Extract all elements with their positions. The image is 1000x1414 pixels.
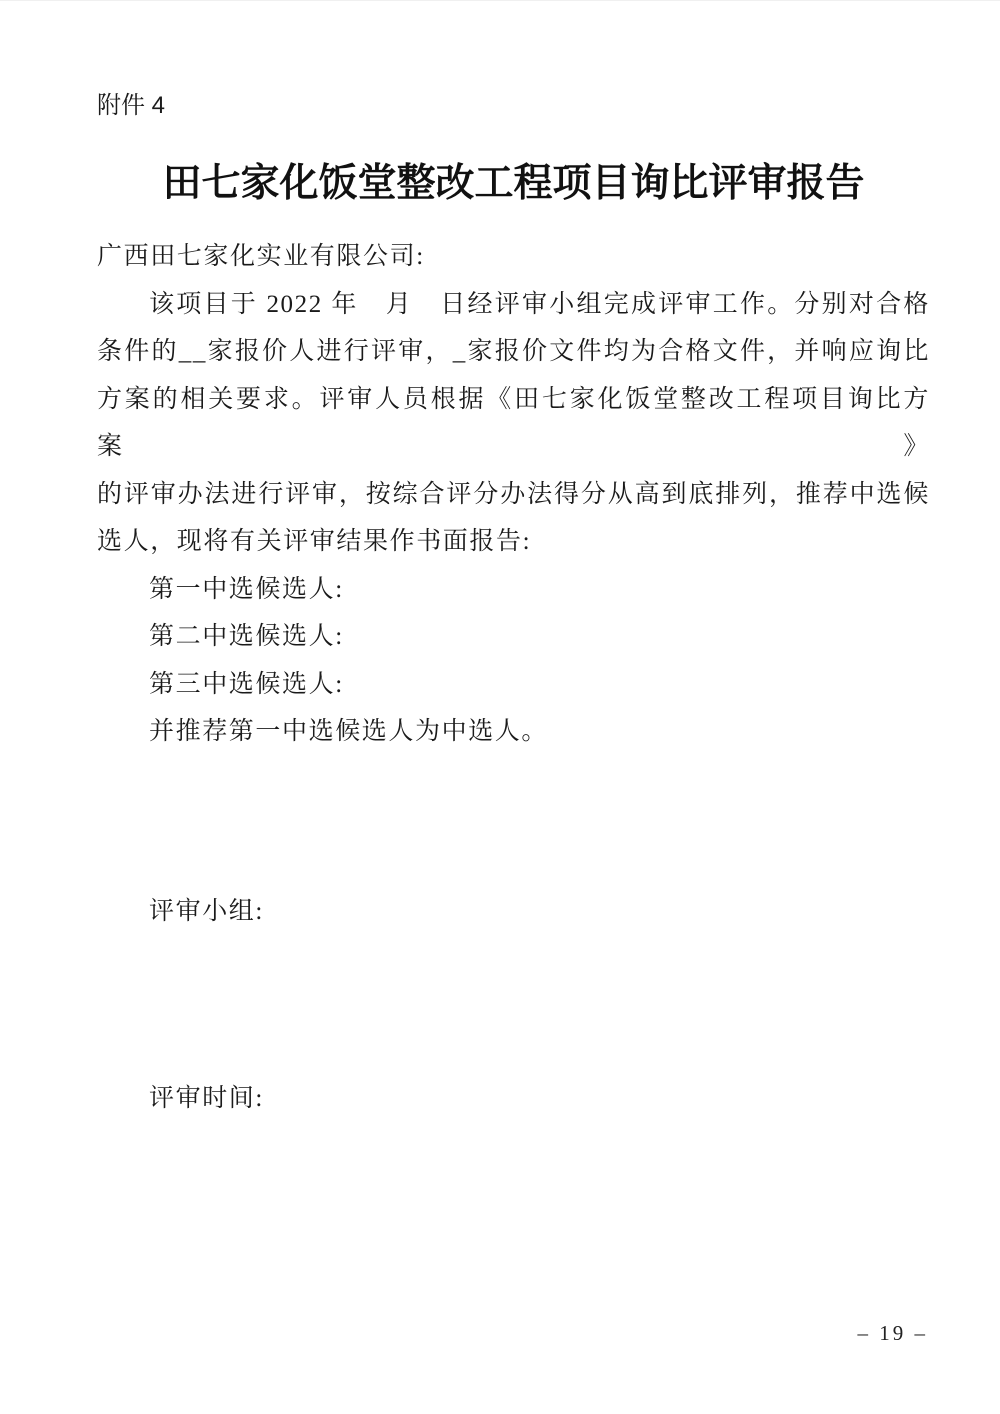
body-line: 条件的__家报价人进行评审，_家报价文件均为合格文件，并响应询比	[97, 328, 930, 376]
attachment-label: 附件 4	[97, 93, 930, 119]
document-page: 附件 4 田七家化饭堂整改工程项目询比评审报告 广西田七家化实业有限公司: 该项…	[0, 0, 1000, 1414]
document-body: 广西田七家化实业有限公司: 该项目于 2022 年 月 日经评审小组完成评审工作…	[97, 233, 930, 756]
document-title: 田七家化饭堂整改工程项目询比评审报告	[97, 161, 930, 207]
review-time-label: 评审时间:	[97, 1075, 930, 1123]
salutation-line: 广西田七家化实业有限公司:	[97, 233, 930, 281]
candidate-line-second: 第二中选候选人:	[97, 613, 930, 661]
body-line: 方案的相关要求。评审人员根据《田七家化饭堂整改工程项目询比方案》	[97, 376, 930, 471]
candidate-line-first: 第一中选候选人:	[97, 566, 930, 614]
candidate-line-third: 第三中选候选人:	[97, 661, 930, 709]
review-panel-label: 评审小组:	[97, 888, 930, 936]
recommendation-line: 并推荐第一中选候选人为中选人。	[97, 708, 930, 756]
body-line: 选人，现将有关评审结果作书面报告:	[97, 518, 930, 566]
page-number: – 19 –	[858, 1321, 929, 1346]
body-line: 该项目于 2022 年 月 日经评审小组完成评审工作。分别对合格	[97, 281, 930, 329]
body-line: 的评审办法进行评审，按综合评分办法得分从高到底排列，推荐中选候	[97, 471, 930, 519]
